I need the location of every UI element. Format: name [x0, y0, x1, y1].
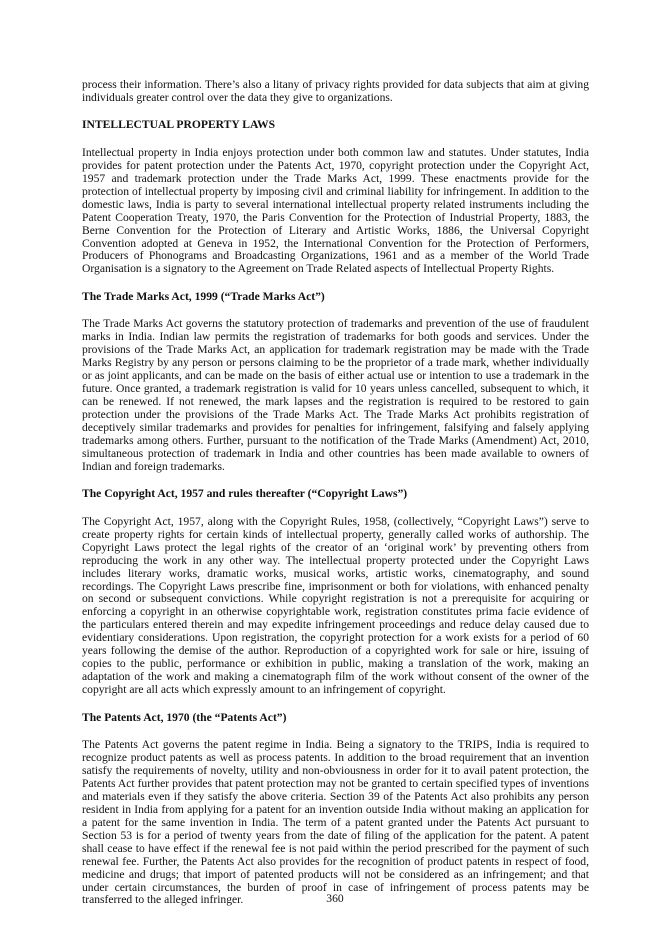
trade-marks-paragraph: The Trade Marks Act governs the statutor…	[82, 318, 589, 473]
patents-heading: The Patents Act, 1970 (the “Patents Act”…	[82, 712, 589, 725]
ip-laws-paragraph: Intellectual property in India enjoys pr…	[82, 147, 589, 277]
copyright-heading: The Copyright Act, 1957 and rules therea…	[82, 488, 589, 501]
section-heading-ip-laws: INTELLECTUAL PROPERTY LAWS	[82, 119, 589, 132]
page-number: 360	[0, 893, 670, 905]
page-body: process their information. There’s also …	[82, 79, 589, 907]
intro-paragraph: process their information. There’s also …	[82, 79, 589, 105]
copyright-paragraph: The Copyright Act, 1957, along with the …	[82, 516, 589, 697]
trade-marks-heading: The Trade Marks Act, 1999 (“Trade Marks …	[82, 291, 589, 304]
patents-paragraph: The Patents Act governs the patent regim…	[82, 739, 589, 907]
